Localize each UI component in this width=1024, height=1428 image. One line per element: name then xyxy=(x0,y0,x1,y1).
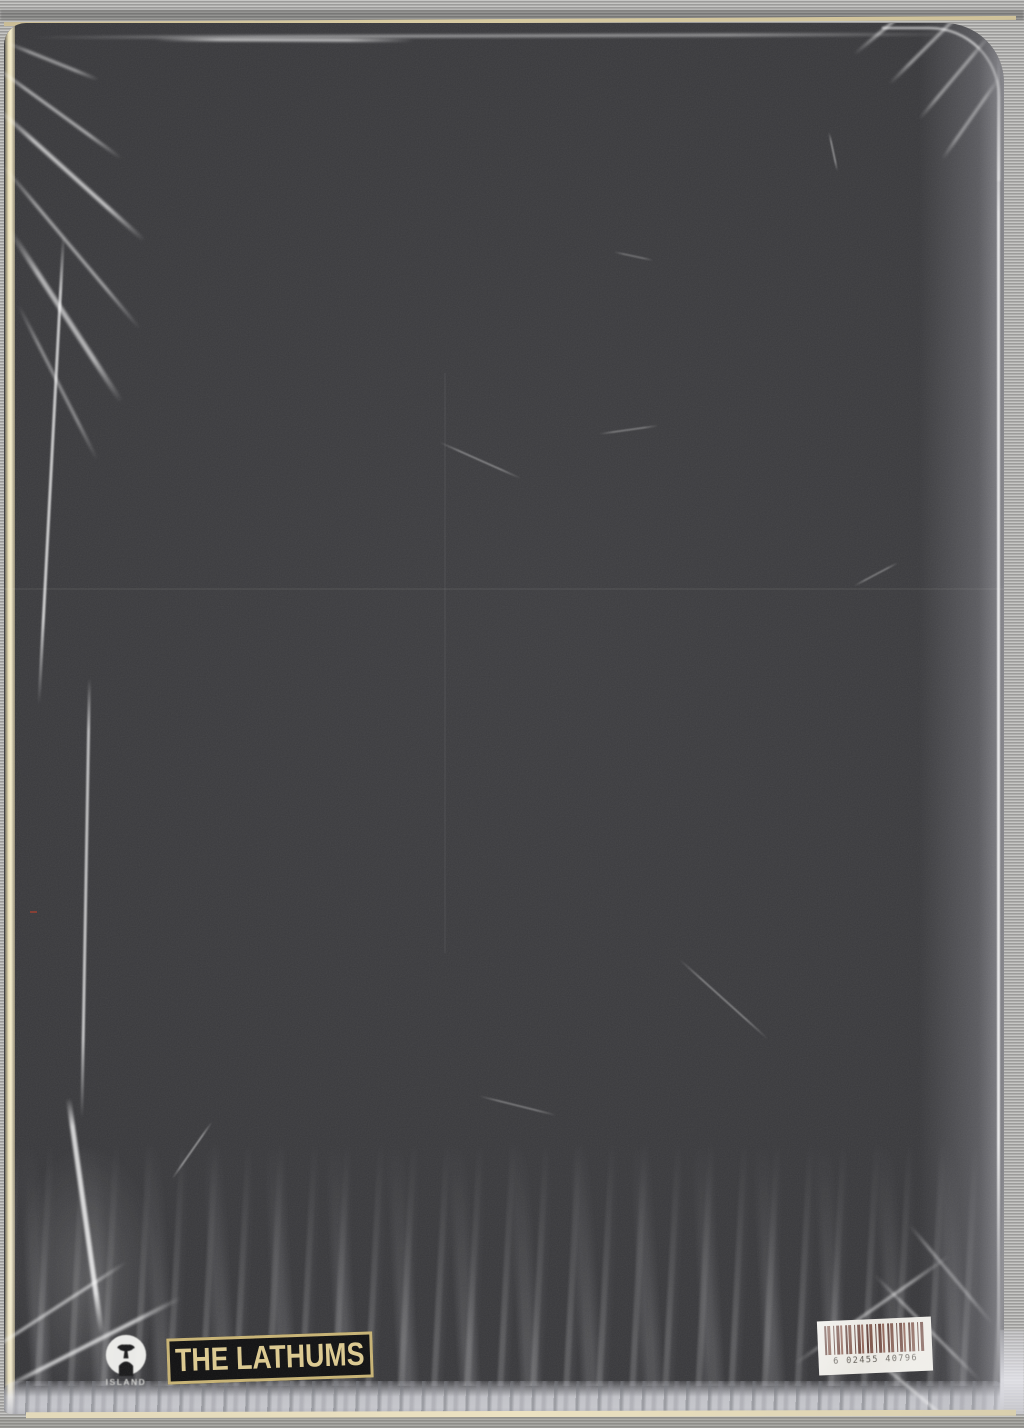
shrinkwrap-seam xyxy=(80,678,91,1118)
shrinkwrap-crease xyxy=(154,38,414,42)
island-label: ISLAND xyxy=(99,1377,153,1387)
scanner-shadow-bottom xyxy=(0,1417,1024,1428)
shrinkwrap-crease xyxy=(4,63,122,159)
palm-tree-icon xyxy=(105,1334,147,1376)
shrinkwrap-sheen xyxy=(919,23,1004,1414)
band-logo-text: THE LATHUMS xyxy=(175,1336,365,1380)
shrinkwrap-crease xyxy=(4,164,141,331)
scratch xyxy=(439,441,522,479)
scratch xyxy=(599,425,659,435)
barcode-bars xyxy=(824,1322,925,1355)
barcode-sticker: 6 02455 40796 xyxy=(817,1317,933,1376)
band-logo-box: THE LATHUMS xyxy=(166,1331,373,1384)
faint-fold-line xyxy=(444,373,446,953)
scratch xyxy=(614,251,654,261)
island-records-logo: ISLAND xyxy=(99,1334,153,1387)
shrinkwrap-crease xyxy=(5,41,99,81)
scratch xyxy=(828,132,838,172)
shrinkwrap-overhang xyxy=(1000,1330,1024,1414)
red-speck xyxy=(30,911,37,913)
scratch xyxy=(854,562,899,587)
barcode-digits: 6 02455 40796 xyxy=(825,1353,925,1367)
album-cover: ISLAND THE LATHUMS 6 02455 40796 xyxy=(4,23,1004,1414)
shrinkwrap-edge-highlight xyxy=(997,53,1000,1383)
faint-fold-line xyxy=(4,588,1004,590)
scratch xyxy=(678,958,769,1040)
shrinkwrap-seam xyxy=(37,235,65,705)
scanned-lp-back-cover: ISLAND THE LATHUMS 6 02455 40796 xyxy=(0,0,1024,1428)
scratch xyxy=(479,1095,557,1116)
shrinkwrap-bottom-band xyxy=(4,1381,1004,1414)
